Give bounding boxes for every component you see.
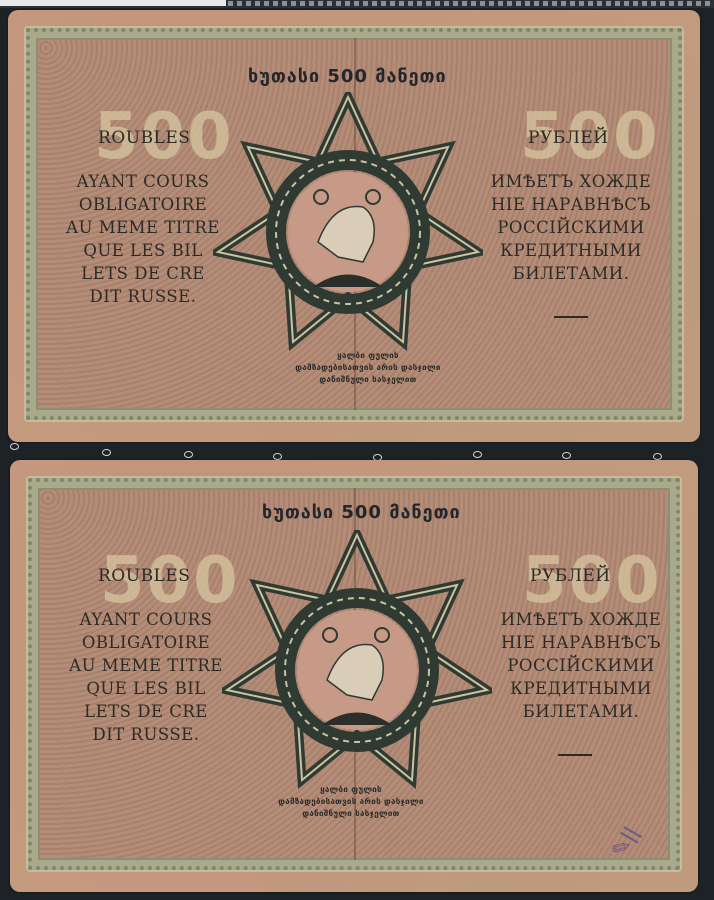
st-george-emblem-icon [213,92,483,352]
hole [273,453,282,460]
hole [10,443,19,450]
rubles-label: РУБЛЕЙ [530,566,611,586]
georgian-title: ხუთასი 500 მანეთი [262,502,461,523]
roubles-label: ROUBLES [98,566,190,586]
hole [653,453,662,460]
ornament-dash [558,754,592,756]
french-text: AYANT COURSOBLIGATOIREAU MEME TITRE QUE … [63,170,223,308]
hole [473,451,482,458]
banknote-lower: ხუთასი 500 მანეთი 500 ROUBLES AYANT COUR… [10,460,698,892]
scanner-edge [0,0,226,6]
russian-text: ИМѢЕТЪ ХОЖДЕНІЕ НАРАВНѢСЪРОССІЙСКИМИ КРЕ… [496,608,666,723]
st-george-emblem-icon [222,530,492,790]
georgian-warning-text: ყალბი ფულისდამზადებისათვის არის დასჯილიდ… [236,784,466,820]
french-text: AYANT COURSOBLIGATOIREAU MEME TITRE QUE … [66,608,226,746]
hole [184,451,193,458]
perforation-strip [228,1,710,6]
russian-text: ИМѢЕТЪ ХОЖДЕНІЕ НАРАВНѢСЪРОССІЙСКИМИ КРЕ… [486,170,656,285]
rubles-label: РУБЛЕЙ [528,128,609,148]
georgian-warning-text: ყალბი ფულისდამზადებისათვის არის დასჯილიდ… [258,350,478,386]
roubles-label: ROUBLES [98,128,190,148]
ornament-dash [554,316,588,318]
album-top-strip [0,0,714,8]
georgian-title: ხუთასი 500 მანეთი [248,66,447,87]
banknote-upper: ხუთასი 500 მანეთი 500 ROUBLES AYANT COUR… [8,10,700,442]
hole [102,449,111,456]
hole [562,452,571,459]
